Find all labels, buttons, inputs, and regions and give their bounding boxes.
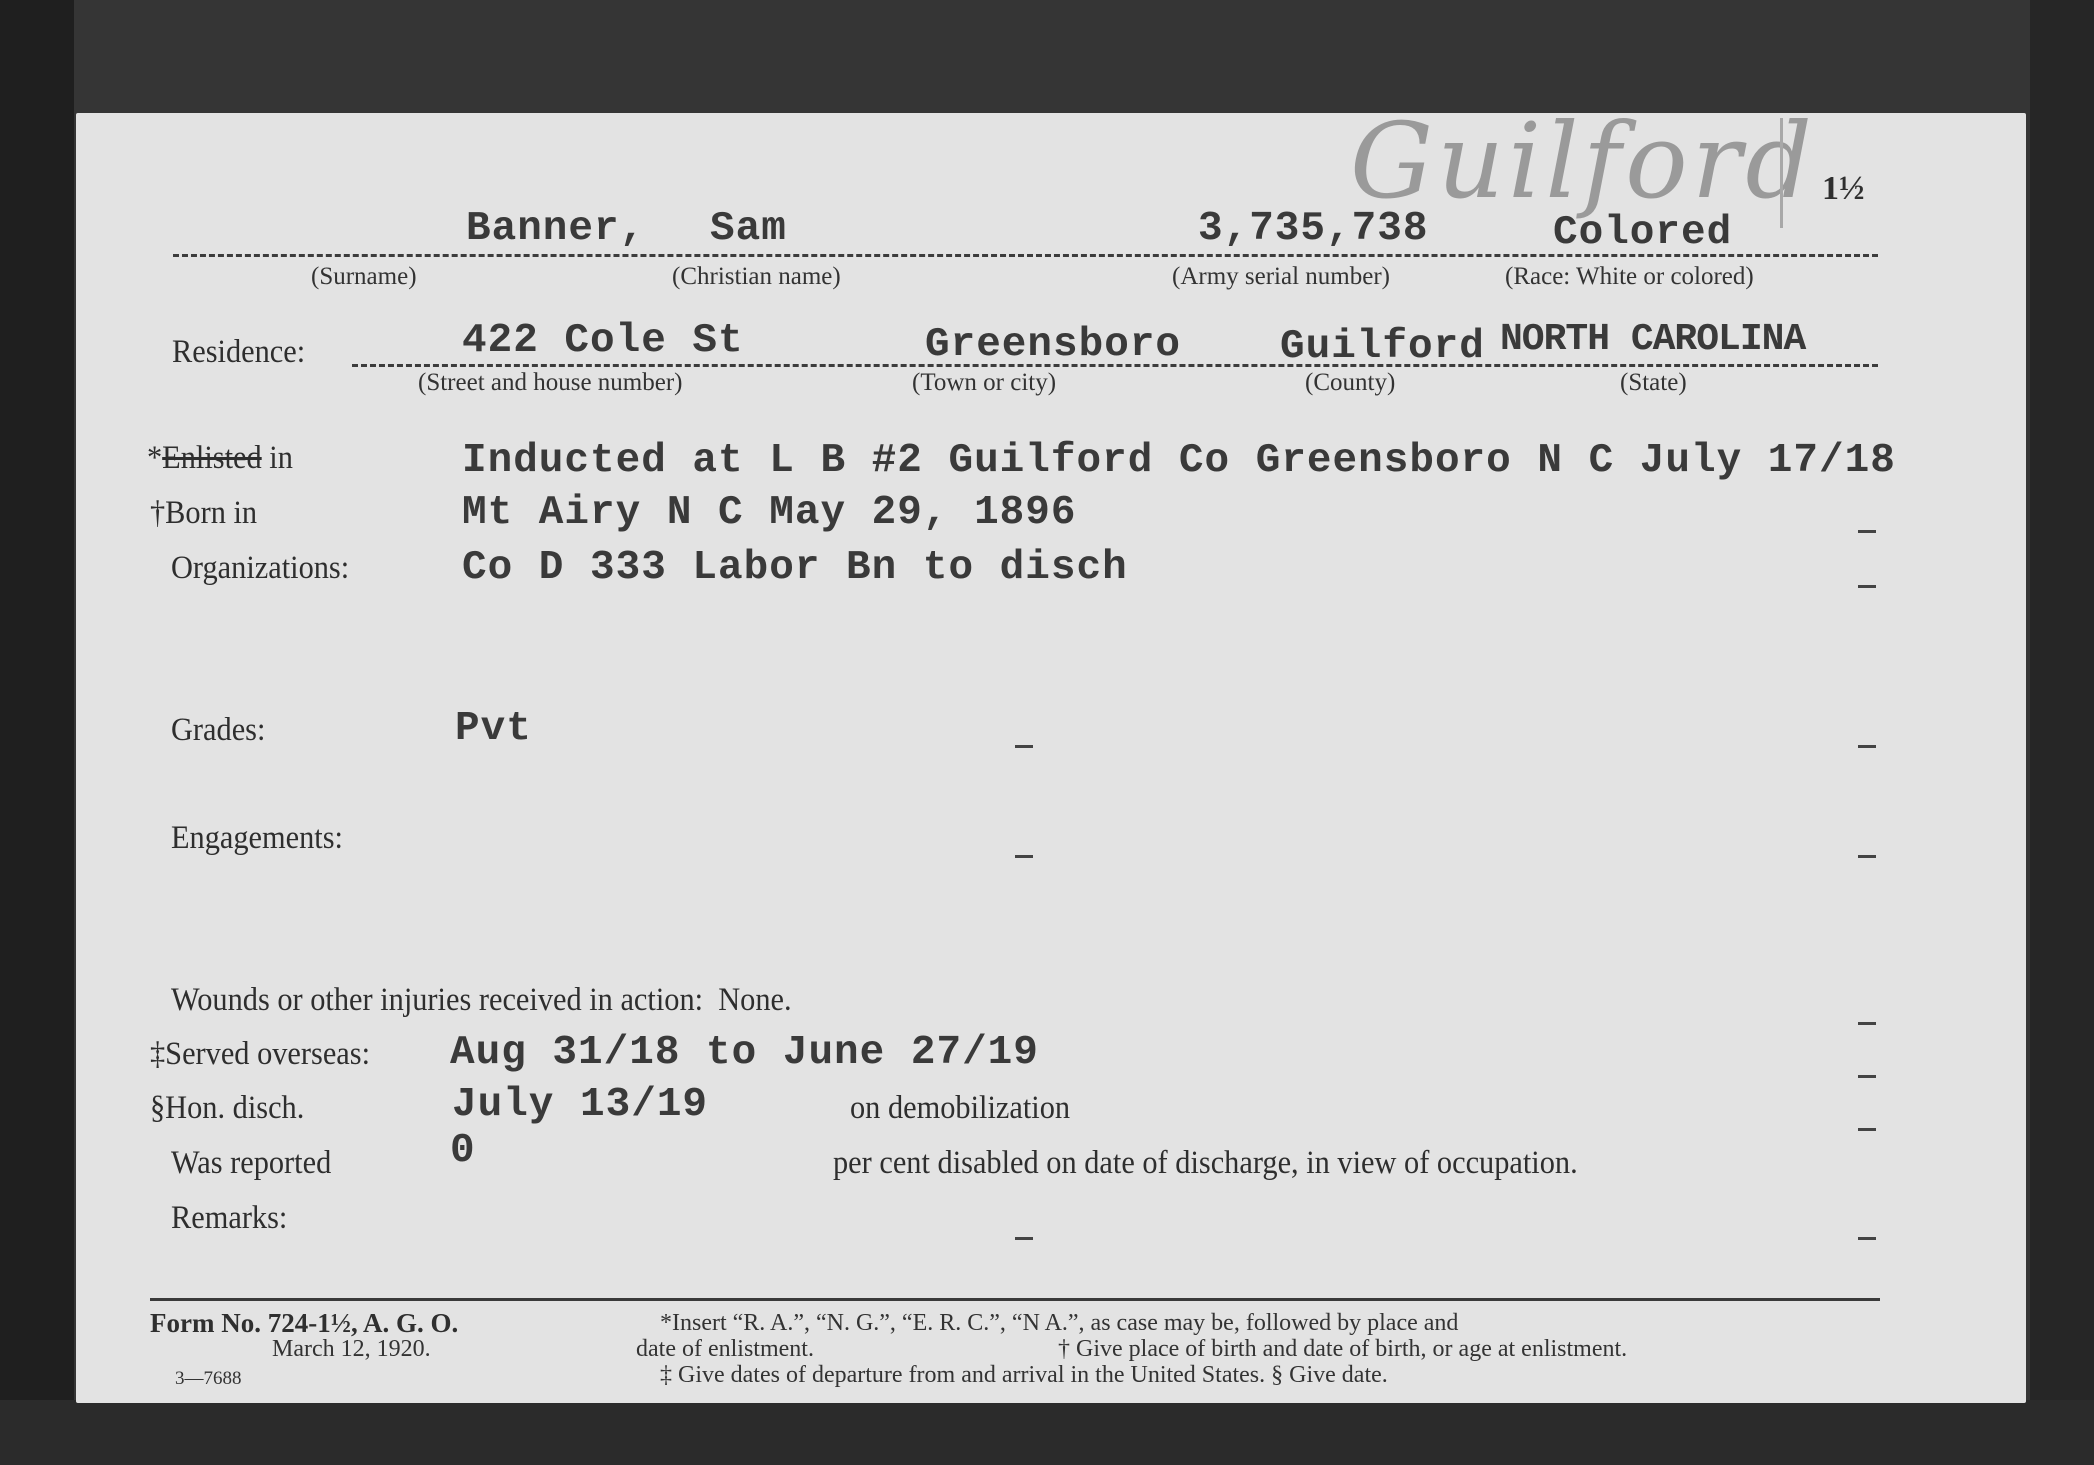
blank-dash — [1858, 585, 1876, 588]
form-number: Form No. 724-1½, A. G. O. — [150, 1308, 458, 1339]
form-fraction-label: 1½ — [1822, 170, 1865, 208]
footnote-birth: † Give place of birth and date of birth,… — [1058, 1336, 1627, 1363]
town-label: (Town or city) — [912, 369, 1056, 397]
blank-dash — [1858, 745, 1876, 748]
honorable-discharge-label: §Hon. disch. — [150, 1090, 304, 1127]
born-value: Mt Airy N C May 29, 1896 — [462, 490, 1077, 536]
army-serial-number-label: (Army serial number) — [1172, 263, 1390, 291]
print-code: 3—7688 — [175, 1368, 242, 1390]
race-value: Colored — [1553, 210, 1732, 256]
organizations-value: Co D 333 Labor Bn to disch — [462, 545, 1128, 591]
enlisted-value: Inducted at L B #2 Guilford Co Greensbor… — [462, 438, 1896, 484]
form-date: March 12, 1920. — [272, 1336, 431, 1363]
footnote-overseas: ‡ Give dates of departure from and arriv… — [660, 1362, 1388, 1389]
christian-name-value: Sam — [710, 206, 787, 252]
state-label: (State) — [1620, 369, 1687, 397]
scan-background-bottom — [0, 1400, 2094, 1465]
enlisted-label: *Enlisted in — [147, 440, 293, 477]
handwritten-county-annotation: Guilford — [1350, 100, 1816, 222]
served-overseas-value: Aug 31/18 to June 27/19 — [450, 1030, 1039, 1076]
surname-value: Banner, — [466, 206, 645, 252]
race-label: (Race: White or colored) — [1505, 263, 1754, 291]
footnote-insert: *Insert “R. A.”, “N. G.”, “E. R. C.”, “N… — [660, 1310, 1458, 1337]
served-overseas-label: ‡Served overseas: — [150, 1036, 370, 1073]
born-label: †Born in — [150, 495, 257, 532]
residence-state-value: NORTH CAROLINA — [1500, 318, 1805, 361]
scan-background-right — [2030, 0, 2094, 1465]
disability-note: per cent disabled on date of discharge, … — [833, 1145, 1578, 1182]
disability-percent-value: 0 — [450, 1128, 476, 1174]
residence-town-value: Greensboro — [925, 322, 1181, 368]
blank-dash — [1858, 1022, 1876, 1025]
engagements-label: Engagements: — [171, 820, 343, 857]
blank-dash — [1858, 1237, 1876, 1240]
residence-street-value: 422 Cole St — [462, 318, 744, 364]
service-record-card — [76, 113, 2026, 1403]
grades-label: Grades: — [171, 712, 265, 749]
blank-dash — [1858, 855, 1876, 858]
handwritten-bracket-mark — [1780, 118, 1783, 228]
army-serial-number-value: 3,735,738 — [1198, 206, 1428, 252]
discharge-reason: on demobilization — [850, 1090, 1070, 1127]
wounds-value: None. — [718, 982, 791, 1018]
was-reported-label: Was reported — [171, 1145, 331, 1182]
blank-dash — [1015, 745, 1033, 748]
grades-value: Pvt — [455, 706, 532, 752]
remarks-label: Remarks: — [171, 1200, 287, 1237]
footnote-enlistment: date of enlistment. — [636, 1336, 814, 1363]
surname-label: (Surname) — [311, 263, 417, 291]
footer-rule — [150, 1298, 1880, 1301]
street-label: (Street and house number) — [418, 369, 683, 397]
residence-county-value: Guilford — [1280, 324, 1485, 370]
honorable-discharge-value: July 13/19 — [452, 1082, 708, 1128]
christian-name-label: (Christian name) — [672, 263, 841, 291]
blank-dash — [1858, 1075, 1876, 1078]
county-label: (County) — [1305, 369, 1395, 397]
blank-dash — [1858, 530, 1876, 533]
organizations-label: Organizations: — [171, 550, 349, 587]
residence-label: Residence: — [172, 334, 305, 371]
blank-dash — [1858, 1128, 1876, 1131]
wounds-label: Wounds or other injuries received in act… — [171, 982, 792, 1019]
scan-background-left — [0, 0, 74, 1465]
blank-dash — [1015, 855, 1033, 858]
blank-dash — [1015, 1237, 1033, 1240]
